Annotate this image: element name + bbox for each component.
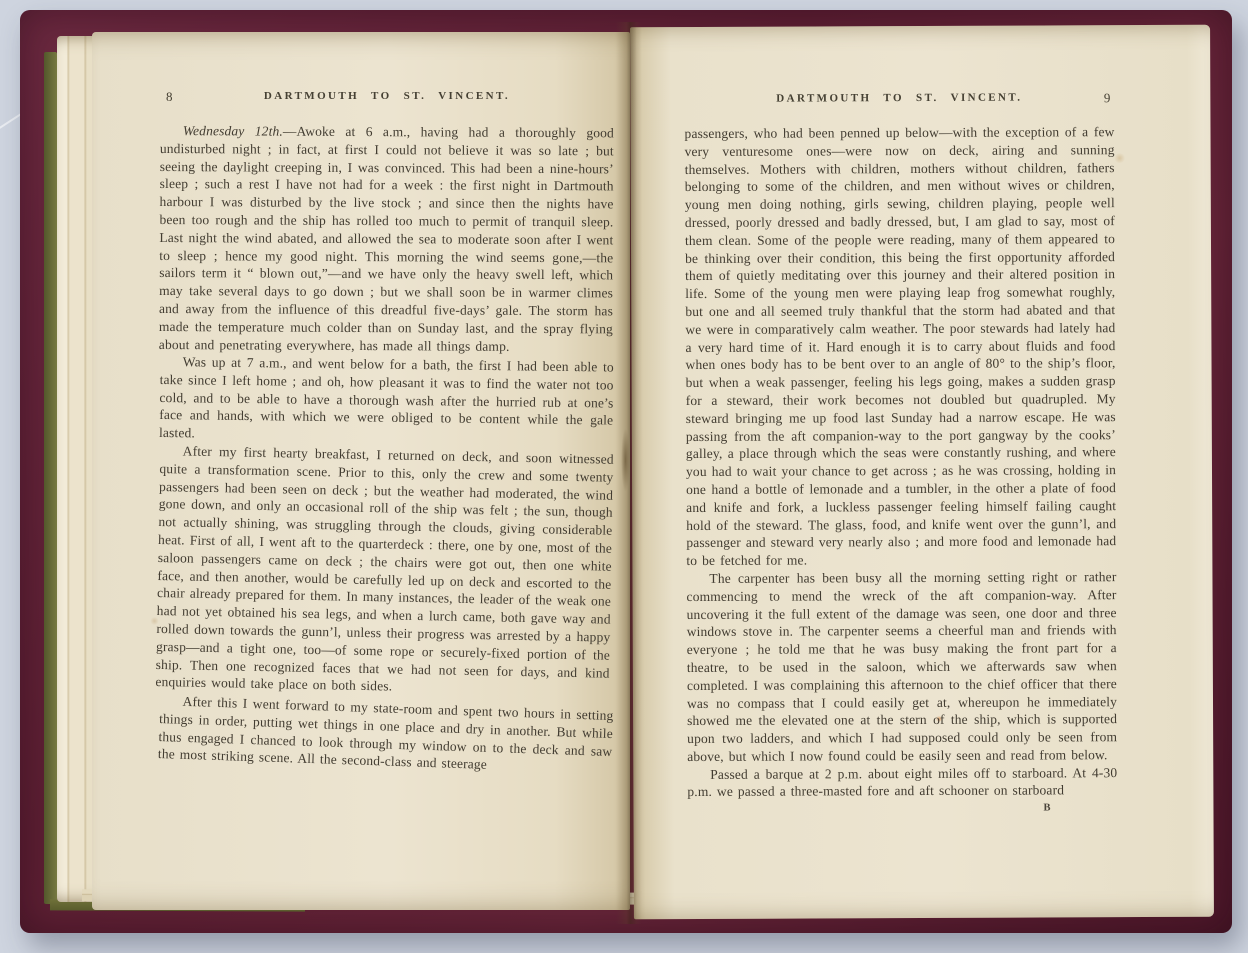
running-header-right: DARTMOUTH TO ST. VINCENT. — [776, 92, 1022, 105]
signature-mark: B — [1043, 802, 1117, 813]
right-page-header: DARTMOUTH TO ST. VINCENT. 9 — [684, 91, 1114, 111]
photo-scene: 8 DARTMOUTH TO ST. VINCENT. Wednesday 12… — [0, 0, 1248, 953]
right-page-text: passengers, who had been penned up below… — [684, 123, 1117, 801]
board-edge-left — [44, 52, 57, 904]
left-page-text: Wednesday 12th.—Awoke at 6 a.m., having … — [160, 122, 614, 763]
paragraph: Was up at 7 a.m., and went below for a b… — [159, 353, 614, 448]
running-header-left: DARTMOUTH TO ST. VINCENT. — [264, 90, 510, 102]
right-page: DARTMOUTH TO ST. VINCENT. 9 passengers, … — [630, 25, 1214, 920]
paragraph: passengers, who had been penned up below… — [684, 123, 1116, 570]
paragraph: The carpenter has been busy all the morn… — [686, 568, 1117, 766]
paragraph: After this I went forward to my state-ro… — [158, 692, 614, 778]
date-lead-italic: Wednesday 12th. — [183, 123, 283, 139]
foxing-spot — [1114, 153, 1126, 163]
gutter-stain — [621, 428, 630, 492]
paragraph: Wednesday 12th.—Awoke at 6 a.m., having … — [159, 122, 614, 356]
book-cover: 8 DARTMOUTH TO ST. VINCENT. Wednesday 12… — [20, 10, 1232, 933]
left-page-header: 8 DARTMOUTH TO ST. VINCENT. — [160, 90, 614, 108]
paragraph: After my first hearty breakfast, I retur… — [155, 442, 614, 700]
paragraph: Passed a barque at 2 p.m. about eight mi… — [687, 764, 1117, 801]
page-number-right: 9 — [1104, 90, 1111, 106]
left-page: 8 DARTMOUTH TO ST. VINCENT. Wednesday 12… — [92, 32, 630, 910]
page-number-left: 8 — [166, 89, 173, 105]
